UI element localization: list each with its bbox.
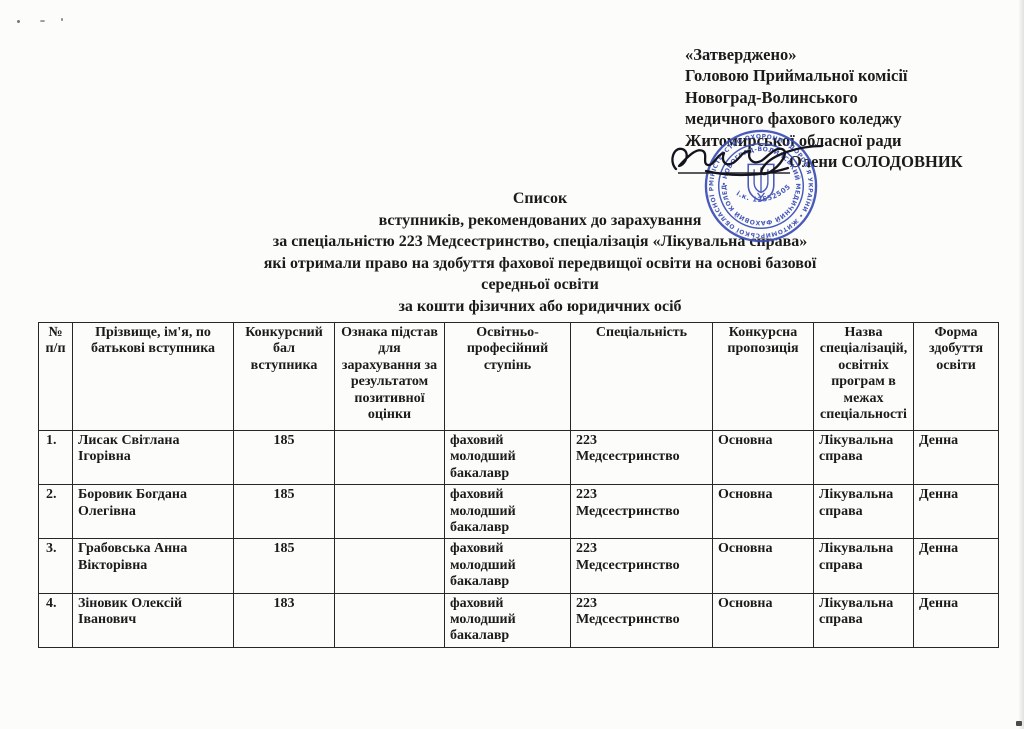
cell-form: Денна — [914, 593, 999, 647]
cell-name: Грабовська Анна Вікторівна — [73, 539, 234, 593]
title-line: за спеціальністю 223 Медсестринство, спе… — [40, 231, 1024, 253]
title-line: середньої освіти — [40, 274, 1024, 296]
cell-specialty: 223 Медсестринство — [571, 431, 713, 485]
cell-score: 185 — [234, 539, 335, 593]
table-body: 1. Лисак Світлана Ігорівна 185 фаховий м… — [39, 431, 999, 648]
handwritten-signature — [666, 138, 841, 189]
col-header-score: Конкурсний бал вступника — [234, 323, 335, 431]
table-row: 4. Зіновик Олексій Іванович 183 фаховий … — [39, 593, 999, 647]
cell-specialty: 223 Медсестринство — [571, 539, 713, 593]
applicants-table: № п/п Прізвище, ім'я, по батькові вступн… — [38, 322, 999, 648]
scan-speck — [61, 18, 63, 21]
cell-offer: Основна — [713, 485, 814, 539]
cell-name: Боровик Богдана Олегівна — [73, 485, 234, 539]
cell-number: 2. — [39, 485, 73, 539]
cell-number: 3. — [39, 539, 73, 593]
col-header-form: Форма здобуття освіти — [914, 323, 999, 431]
cell-form: Денна — [914, 485, 999, 539]
signature-graphic — [666, 138, 841, 184]
cell-basis — [335, 593, 445, 647]
title-line: які отримали право на здобуття фахової п… — [40, 253, 1024, 275]
col-header-number: № п/п — [39, 323, 73, 431]
document-title: Список вступників, рекомендованих до зар… — [40, 188, 1024, 318]
cell-degree: фаховий молодший бакалавр — [445, 593, 571, 647]
table-row: 1. Лисак Світлана Ігорівна 185 фаховий м… — [39, 431, 999, 485]
cell-basis — [335, 539, 445, 593]
col-header-basis: Ознака підстав для зарахування за резуль… — [335, 323, 445, 431]
cell-score: 185 — [234, 431, 335, 485]
table-row: 2. Боровик Богдана Олегівна 185 фаховий … — [39, 485, 999, 539]
cell-form: Денна — [914, 539, 999, 593]
cell-specialization: Лікувальна справа — [814, 593, 914, 647]
cell-offer: Основна — [713, 539, 814, 593]
cell-name: Зіновик Олексій Іванович — [73, 593, 234, 647]
cell-specialization: Лікувальна справа — [814, 485, 914, 539]
col-header-degree: Освітньо-професійний ступінь — [445, 323, 571, 431]
approval-line: Головою Приймальної комісії — [685, 65, 1015, 86]
cell-specialization: Лікувальна справа — [814, 539, 914, 593]
col-header-name: Прізвище, ім'я, по батькові вступника — [73, 323, 234, 431]
cell-number: 1. — [39, 431, 73, 485]
title-line: за кошти фізичних або юридичних осіб — [40, 296, 1024, 318]
cell-score: 185 — [234, 485, 335, 539]
cell-basis — [335, 485, 445, 539]
cell-form: Денна — [914, 431, 999, 485]
signature-stroke — [672, 146, 822, 175]
scan-speck — [40, 20, 45, 22]
cell-specialization: Лікувальна справа — [814, 431, 914, 485]
cell-degree: фаховий молодший бакалавр — [445, 485, 571, 539]
scan-corner-mark — [1016, 721, 1022, 726]
cell-degree: фаховий молодший бакалавр — [445, 539, 571, 593]
col-header-specialty: Спеціальність — [571, 323, 713, 431]
table-row: 3. Грабовська Анна Вікторівна 185 фахови… — [39, 539, 999, 593]
title-line: Список — [40, 188, 1024, 210]
cell-offer: Основна — [713, 431, 814, 485]
cell-basis — [335, 431, 445, 485]
cell-number: 4. — [39, 593, 73, 647]
table-header: № п/п Прізвище, ім'я, по батькові вступн… — [39, 323, 999, 431]
cell-degree: фаховий молодший бакалавр — [445, 431, 571, 485]
cell-name: Лисак Світлана Ігорівна — [73, 431, 234, 485]
cell-offer: Основна — [713, 593, 814, 647]
cell-specialty: 223 Медсестринство — [571, 593, 713, 647]
scan-speck — [17, 20, 20, 23]
approval-line: Новоград-Волинського — [685, 87, 1015, 108]
header-row: № п/п Прізвище, ім'я, по батькові вступн… — [39, 323, 999, 431]
title-line: вступників, рекомендованих до зарахуванн… — [40, 210, 1024, 232]
scan-edge-shadow — [1018, 0, 1024, 729]
col-header-offer: Конкурсна пропозиція — [713, 323, 814, 431]
cell-score: 183 — [234, 593, 335, 647]
col-header-specialization: Назва спеціалізацій, освітніх програм в … — [814, 323, 914, 431]
scanned-document-page: «Затверджено» Головою Приймальної комісі… — [0, 0, 1024, 729]
cell-specialty: 223 Медсестринство — [571, 485, 713, 539]
approval-line: «Затверджено» — [685, 44, 1015, 65]
